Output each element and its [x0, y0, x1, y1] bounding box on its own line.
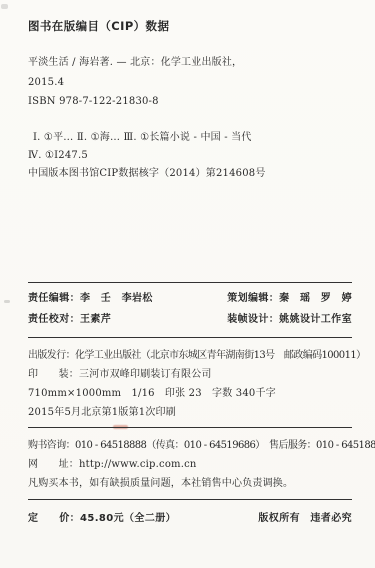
credit-design: 装帧设计：姚姚设计工作室 — [227, 314, 352, 326]
cip-copyright-page: 图书在版编目（CIP）数据 平淡生活 / 海岩著. — 北京：化学工业出版社， … — [0, 0, 375, 568]
credit-planning-editor: 策划编辑：秦 瑶 罗 婷 — [227, 293, 352, 305]
scan-speck — [4, 300, 10, 303]
horizontal-rule — [28, 282, 352, 283]
cip-record-number: 中国版本图书馆CIP数据核字（2014）第214608号 — [28, 168, 355, 180]
cip-description-line: 2015.4 — [28, 77, 355, 89]
scan-speck — [1, 4, 8, 9]
publishing-line: 2015年5月北京第1版第1次印刷 — [28, 407, 355, 419]
publishing-line: 710mm×1000mm 1/16 印张 23 字数 340千字 — [28, 388, 355, 400]
classification-line: Ⅰ. ①平… Ⅱ. ①海… Ⅲ. ①长篇小说 - 中国 - 当代 — [33, 132, 355, 144]
publishing-line: 出版发行：化学工业出版社（北京市东城区青年湖南街13号 邮政编码100011） — [28, 350, 355, 362]
horizontal-rule — [28, 499, 352, 500]
cip-heading: 图书在版编目（CIP）数据 — [28, 20, 355, 32]
contact-website: 网 址：http://www.cip.com.cn — [28, 459, 355, 471]
publishing-line: 印 装：三河市双峰印刷装订有限公司 — [28, 369, 355, 381]
contact-line: 凡购买本书，如有缺损质量问题，本社销售中心负责调换。 — [28, 478, 355, 490]
copyright-notice: 版权所有 违者必究 — [258, 513, 352, 525]
horizontal-rule — [28, 427, 352, 428]
classification-line: Ⅳ. ①I247.5 — [28, 150, 355, 162]
contact-line: 购书咨询：010 - 64518888（传真：010 - 64519686） 售… — [28, 440, 355, 452]
cip-isbn: ISBN 978-7-122-21830-8 — [28, 96, 355, 108]
horizontal-rule — [28, 337, 352, 338]
cip-description-line: 平淡生活 / 海岩著. — 北京：化学工业出版社， — [28, 57, 355, 69]
